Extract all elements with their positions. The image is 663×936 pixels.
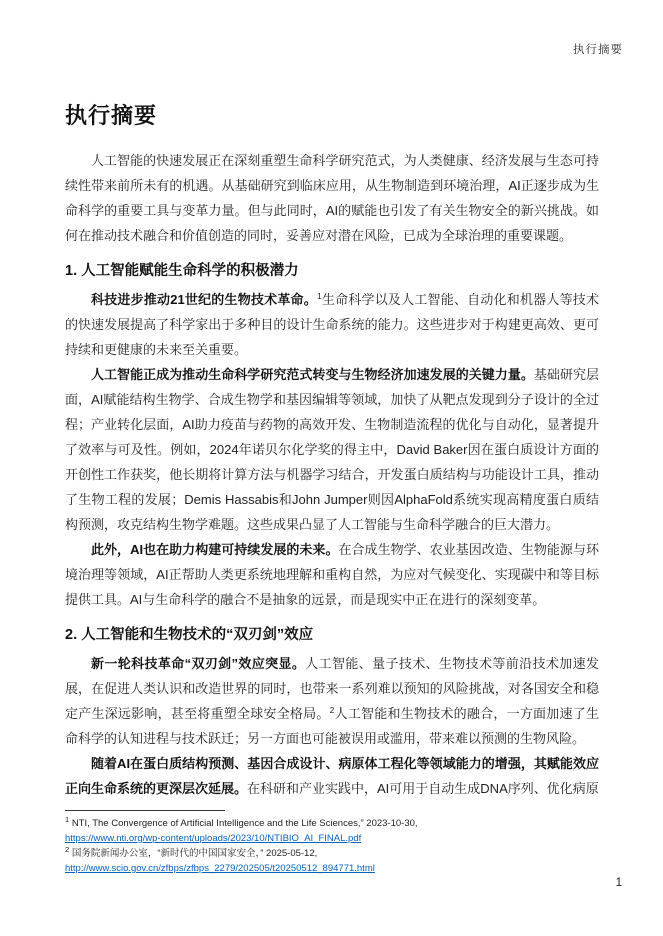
section-2-paragraph-1: 新一轮科技革命“双刃剑”效应突显。人工智能、量子技术、生物技术等前沿技术加速发展… [65, 651, 599, 751]
document-title: 执行摘要 [65, 102, 599, 129]
page-content: 执行摘要 人工智能的快速发展正在深刻重塑生命科学研究范式，为人类健康、经济发展与… [65, 0, 599, 876]
section-1-paragraph-2: 人工智能正成为推动生命科学研究范式转变与生物经济加速发展的关键力量。基础研究层面… [65, 362, 599, 537]
paragraph-lead-bold: 人工智能正成为推动生命科学研究范式转变与生物经济加速发展的关键力量。 [91, 367, 534, 382]
footnote-2-link[interactable]: http://www.scio.gov.cn/zfbps/zfbps_2279/… [65, 863, 375, 874]
footnote-1-text: NTI, The Convergence of Artificial Intel… [72, 818, 418, 829]
paragraph-text: 基础研究层面，AI赋能结构生物学、合成生物学和基因编辑等领域，加快了从靶点发现到… [65, 367, 599, 532]
section-1-heading: 1. 人工智能赋能生命科学的积极潜力 [65, 261, 599, 281]
page-number: 1 [616, 877, 622, 889]
footnote-1-marker: 1 [65, 815, 69, 824]
section-2-paragraph-2: 随着AI在蛋白质结构预测、基因合成设计、病原体工程化等领域能力的增强，其赋能效应… [65, 751, 599, 801]
intro-paragraph: 人工智能的快速发展正在深刻重塑生命科学研究范式，为人类健康、经济发展与生态可持续… [65, 148, 599, 248]
section-2-heading: 2. 人工智能和生物技术的“双刃剑”效应 [65, 625, 599, 645]
footnote-2-text: 国务院新闻办公室，“新时代的中国国家安全，” 2025-05-12, [72, 848, 317, 859]
paragraph-lead-bold: 新一轮科技革命“双刃剑”效应突显。 [91, 656, 305, 671]
paragraph-lead-bold: 此外，AI也在助力构建可持续发展的未来。 [91, 542, 339, 557]
paragraph-text: 在科研和产业实践中，AI可用于自动生成DNA序列、优化病原 [247, 781, 599, 796]
footnote-2: 2 国务院新闻办公室，“新时代的中国国家安全，” 2025-05-12, htt… [65, 846, 599, 876]
paragraph-lead-bold: 科技进步推动21世纪的生物技术革命。 [91, 292, 317, 307]
footnote-2-marker: 2 [65, 845, 69, 854]
section-1-paragraph-3: 此外，AI也在助力构建可持续发展的未来。在合成生物学、农业基因改造、生物能源与环… [65, 537, 599, 612]
document-page: 执行摘要 执行摘要 人工智能的快速发展正在深刻重塑生命科学研究范式，为人类健康、… [0, 0, 663, 936]
footnote-separator-line [65, 810, 225, 811]
footnote-1: 1 NTI, The Convergence of Artificial Int… [65, 816, 599, 846]
footnotes-block: 1 NTI, The Convergence of Artificial Int… [65, 810, 599, 876]
footnote-1-link[interactable]: https://www.nti.org/wp-content/uploads/2… [65, 833, 361, 844]
section-1-paragraph-1: 科技进步推动21世纪的生物技术革命。1生命科学以及人工智能、自动化和机器人等技术… [65, 287, 599, 362]
